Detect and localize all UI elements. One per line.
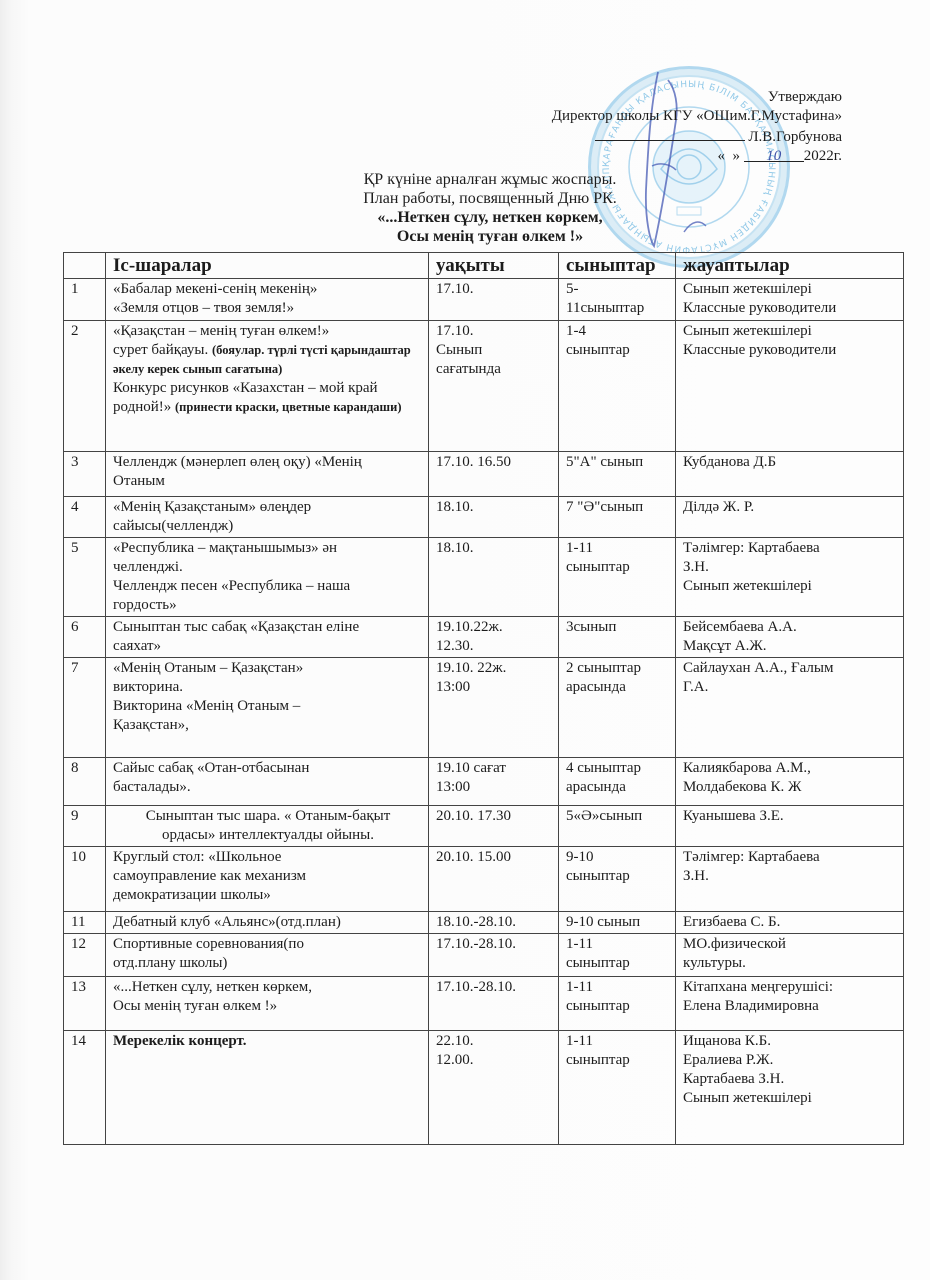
cell-classes-line: арасында	[566, 678, 670, 697]
cell-classes-line: сыныптар	[566, 954, 670, 973]
cell-event: Дебатный клуб «Альянс»(отд.план)	[106, 912, 429, 934]
cell-responsible-line: Сынып жетекшілері	[683, 1089, 898, 1108]
cell-time: 18.10.-28.10.	[429, 912, 559, 934]
cell-event-line: «Республика – мақтанышымыз» ән	[113, 539, 423, 558]
cell-classes-line: 1-11	[566, 539, 670, 558]
cell-num: 1	[64, 279, 106, 321]
cell-time: 22.10.12.00.	[429, 1031, 559, 1145]
title-kazakh: ҚР күніне арналған жұмыс жоспары.	[230, 170, 750, 189]
cell-responsible-line: З.Н.	[683, 867, 898, 886]
cell-classes-line: 9-10	[566, 848, 670, 867]
approval-month: 10	[744, 147, 804, 162]
cell-num: 8	[64, 758, 106, 806]
cell-classes-line: 3сынып	[566, 618, 670, 637]
cell-responsible-line: Г.А.	[683, 678, 898, 697]
cell-classes-line: сыныптар	[566, 558, 670, 577]
cell-classes: 1-4сыныптар	[559, 321, 676, 452]
cell-time-line: 19.10. 22ж.	[436, 659, 553, 678]
table-row: 12Спортивные соревнования(поотд.плану шк…	[64, 934, 904, 977]
cell-event-line: Сыныптан тыс сабақ «Қазақстан еліне	[113, 618, 423, 637]
cell-classes-line: 11сыныптар	[566, 299, 670, 318]
cell-responsible-line: МО.физической	[683, 935, 898, 954]
cell-event: «Республика – мақтанышымыз» әнчелленджі.…	[106, 538, 429, 617]
cell-time-line: 18.10.-28.10.	[436, 913, 553, 932]
event-text-part: сурет байқауы.	[113, 342, 212, 358]
cell-classes: 5"А" сынып	[559, 452, 676, 497]
cell-time: 19.10. 22ж.13:00	[429, 658, 559, 758]
cell-num: 3	[64, 452, 106, 497]
cell-responsible: Тәлімгер: КартабаеваЗ.Н.	[676, 847, 904, 912]
cell-responsible-line: Ералиева Р.Ж.	[683, 1051, 898, 1070]
cell-classes: 9-10 сынып	[559, 912, 676, 934]
document-page: ҚАРАҒАНДЫ ҚАЛАСЫНЫҢ БІЛІМ БАСҚАРМАСЫНЫҢ …	[0, 0, 930, 1280]
cell-classes-line: арасында	[566, 778, 670, 797]
cell-time-line: 20.10. 17.30	[436, 807, 553, 826]
cell-time-line: 18.10.	[436, 539, 553, 558]
cell-responsible-line: Сынып жетекшілері	[683, 280, 898, 299]
cell-classes-line: 5«Ә»сынып	[566, 807, 670, 826]
cell-responsible: МО.физическойкультуры.	[676, 934, 904, 977]
event-plan-table: Іс-шаралар уақыты сыныптар жауаптылар 1«…	[63, 252, 904, 1145]
title-motto-line2: Осы менің туған өлкем !»	[230, 227, 750, 246]
cell-event-line: «...Неткен сұлу, неткен көркем,	[113, 978, 423, 997]
cell-responsible-line: Классные руководители	[683, 299, 898, 318]
cell-responsible-line: Молдабекова К. Ж	[683, 778, 898, 797]
cell-time-line: 17.10.-28.10.	[436, 978, 553, 997]
cell-responsible: Кітапхана меңгерушісі:Елена Владимировна	[676, 977, 904, 1031]
cell-event-line: саяхат»	[113, 637, 423, 656]
header-classes: сыныптар	[559, 253, 676, 279]
cell-event-line: отд.плану школы)	[113, 954, 423, 973]
approval-director: Директор школы КГУ «ОШим.Г.Мустафина»	[552, 107, 842, 126]
cell-event-line: Викторина «Менің Отаным –	[113, 697, 423, 716]
cell-num: 2	[64, 321, 106, 452]
cell-event-line: «Земля отцов – твоя земля!»	[113, 299, 423, 318]
cell-event-line: Спортивные соревнования(по	[113, 935, 423, 954]
table-row: 9Сыныптан тыс шара. « Отаным-бақытордасы…	[64, 806, 904, 847]
cell-classes: 4 сыныптарарасында	[559, 758, 676, 806]
cell-classes: 9-10сыныптар	[559, 847, 676, 912]
cell-responsible: Калиякбарова А.М.,Молдабекова К. Ж	[676, 758, 904, 806]
cell-responsible-line: Ділдә Ж. Р.	[683, 498, 898, 517]
cell-num: 10	[64, 847, 106, 912]
cell-event-line: Челлендж песен «Республика – наша	[113, 577, 423, 596]
cell-event: Челлендж (мәнерлеп өлең оқу) «МеніңОтаны…	[106, 452, 429, 497]
cell-time: 19.10 сағат13:00	[429, 758, 559, 806]
cell-event: «Менің Отаным – Қазақстан»викторина.Викт…	[106, 658, 429, 758]
cell-event: Сыныптан тыс сабақ «Қазақстан елінесаяха…	[106, 617, 429, 658]
table-row: 3Челлендж (мәнерлеп өлең оқу) «МеніңОтан…	[64, 452, 904, 497]
approval-day: « »	[718, 148, 741, 164]
cell-responsible-line: Сайлаухан А.А., Ғалым	[683, 659, 898, 678]
cell-time-line: сағатында	[436, 360, 553, 379]
cell-event-line: челленджі.	[113, 558, 423, 577]
cell-time-line: 12.30.	[436, 637, 553, 656]
cell-time-line: 13:00	[436, 678, 553, 697]
cell-responsible-line: Тәлімгер: Картабаева	[683, 848, 898, 867]
cell-event-line: Дебатный клуб «Альянс»(отд.план)	[113, 913, 423, 932]
document-titles: ҚР күніне арналған жұмыс жоспары. План р…	[230, 170, 750, 246]
cell-classes: 7 "Ә"сынып	[559, 497, 676, 538]
cell-time: 19.10.22ж.12.30.	[429, 617, 559, 658]
cell-num: 4	[64, 497, 106, 538]
cell-event-line: демократизации школы»	[113, 886, 423, 905]
cell-classes: 1-11сыныптар	[559, 934, 676, 977]
cell-event-line: викторина.	[113, 678, 423, 697]
cell-responsible: Бейсембаева А.А.Мақсұт А.Ж.	[676, 617, 904, 658]
cell-event-line: гордость»	[113, 596, 423, 615]
cell-responsible-line: Сынып жетекшілері	[683, 322, 898, 341]
cell-event-line: Сайыс сабақ «Отан-отбасынан	[113, 759, 423, 778]
cell-classes-line: сыныптар	[566, 867, 670, 886]
cell-responsible-line: Егизбаева С. Б.	[683, 913, 898, 932]
table-row: 4«Менің Қазақстаным» өлеңдерсайысы(челле…	[64, 497, 904, 538]
cell-responsible: Сынып жетекшілеріКлассные руководители	[676, 321, 904, 452]
cell-responsible: Куанышева З.Е.	[676, 806, 904, 847]
cell-responsible: Егизбаева С. Б.	[676, 912, 904, 934]
cell-classes-line: сыныптар	[566, 1051, 670, 1070]
cell-event-line: самоуправление как механизм	[113, 867, 423, 886]
cell-classes-line: 1-11	[566, 935, 670, 954]
cell-num: 9	[64, 806, 106, 847]
cell-classes: 3сынып	[559, 617, 676, 658]
cell-classes-line: 5-	[566, 280, 670, 299]
cell-responsible-line: Калиякбарова А.М.,	[683, 759, 898, 778]
event-text-part: «Қазақстан – менің туған өлкем!»	[113, 323, 329, 339]
cell-time: 17.10.-28.10.	[429, 977, 559, 1031]
cell-num: 7	[64, 658, 106, 758]
table-row: 2«Қазақстан – менің туған өлкем!»сурет б…	[64, 321, 904, 452]
cell-time-line: 17.10. 16.50	[436, 453, 553, 472]
cell-responsible: Сынып жетекшілеріКлассные руководители	[676, 279, 904, 321]
table-header-row: Іс-шаралар уақыты сыныптар жауаптылар	[64, 253, 904, 279]
cell-time-line: 22.10.	[436, 1032, 553, 1051]
cell-responsible-line: Кітапхана меңгерушісі:	[683, 978, 898, 997]
cell-time-line: 13:00	[436, 778, 553, 797]
cell-num: 13	[64, 977, 106, 1031]
cell-event-line: «Менің Отаным – Қазақстан»	[113, 659, 423, 678]
cell-classes: 5-11сыныптар	[559, 279, 676, 321]
cell-time-line: 17.10.-28.10.	[436, 935, 553, 954]
cell-event-line: Мерекелік концерт.	[113, 1032, 423, 1051]
cell-time-line: 20.10. 15.00	[436, 848, 553, 867]
cell-responsible: Кубданова Д.Б	[676, 452, 904, 497]
cell-event: «Бабалар мекені-сенің мекенің»«Земля отц…	[106, 279, 429, 321]
cell-classes: 1-11сыныптар	[559, 977, 676, 1031]
cell-time-line: Сынып	[436, 341, 553, 360]
cell-classes: 1-11сыныптар	[559, 1031, 676, 1145]
cell-num: 5	[64, 538, 106, 617]
cell-num: 11	[64, 912, 106, 934]
cell-event: «...Неткен сұлу, неткен көркем,Осы менің…	[106, 977, 429, 1031]
cell-classes-line: 1-11	[566, 978, 670, 997]
cell-classes-line: 1-4	[566, 322, 670, 341]
cell-event: «Қазақстан – менің туған өлкем!»сурет ба…	[106, 321, 429, 452]
cell-classes-line: сыныптар	[566, 997, 670, 1016]
cell-event: Круглый стол: «Школьноесамоуправление ка…	[106, 847, 429, 912]
cell-time-line: 12.00.	[436, 1051, 553, 1070]
cell-classes-line: сыныптар	[566, 341, 670, 360]
cell-event: Мерекелік концерт.	[106, 1031, 429, 1145]
cell-time: 18.10.	[429, 538, 559, 617]
table-row: 1«Бабалар мекені-сенің мекенің»«Земля от…	[64, 279, 904, 321]
cell-responsible-line: З.Н.	[683, 558, 898, 577]
cell-time-line: 19.10.22ж.	[436, 618, 553, 637]
cell-event-line: Сыныптан тыс шара. « Отаным-бақыт	[113, 807, 423, 826]
table-row: 7«Менің Отаным – Қазақстан»викторина.Вик…	[64, 658, 904, 758]
table-row: 13«...Неткен сұлу, неткен көркем,Осы мен…	[64, 977, 904, 1031]
table-row: 6Сыныптан тыс сабақ «Қазақстан елінесаях…	[64, 617, 904, 658]
table-row: 5«Республика – мақтанышымыз» әнчелленджі…	[64, 538, 904, 617]
cell-time-line: 19.10 сағат	[436, 759, 553, 778]
approval-block: Утверждаю Директор школы КГУ «ОШим.Г.Мус…	[552, 88, 842, 166]
cell-event-line: Отаным	[113, 472, 423, 491]
header-event: Іс-шаралар	[106, 253, 429, 279]
cell-time-line: 17.10.	[436, 322, 553, 341]
event-text-part: (принести краски, цветные карандаши)	[175, 400, 401, 414]
cell-event-line: Осы менің туған өлкем !»	[113, 997, 423, 1016]
cell-event-line: Қазақстан»,	[113, 716, 423, 735]
cell-responsible-line: Кубданова Д.Б	[683, 453, 898, 472]
cell-event-line: ордасы» интеллектуалды ойыны.	[113, 826, 423, 845]
approval-signature-line: Л.В.Горбунова	[552, 126, 842, 147]
header-num	[64, 253, 106, 279]
cell-classes-line: 9-10 сынып	[566, 913, 670, 932]
title-motto-line1: «...Неткен сұлу, неткен көркем,	[230, 208, 750, 227]
cell-event: Спортивные соревнования(поотд.плану школ…	[106, 934, 429, 977]
cell-classes: 5«Ә»сынып	[559, 806, 676, 847]
cell-event-line: «Менің Қазақстаным» өлеңдер	[113, 498, 423, 517]
cell-responsible-line: Сынып жетекшілері	[683, 577, 898, 596]
header-time: уақыты	[429, 253, 559, 279]
cell-event-line: «Бабалар мекені-сенің мекенің»	[113, 280, 423, 299]
table-row: 11Дебатный клуб «Альянс»(отд.план)18.10.…	[64, 912, 904, 934]
cell-time: 20.10. 15.00	[429, 847, 559, 912]
cell-responsible: Ищанова К.Б.Ералиева Р.Ж.Картабаева З.Н.…	[676, 1031, 904, 1145]
cell-time: 18.10.	[429, 497, 559, 538]
cell-responsible-line: Бейсембаева А.А.	[683, 618, 898, 637]
cell-event-line: сайысы(челлендж)	[113, 517, 423, 536]
cell-responsible-line: Мақсұт А.Ж.	[683, 637, 898, 656]
cell-responsible: Сайлаухан А.А., ҒалымГ.А.	[676, 658, 904, 758]
cell-time-line: 17.10.	[436, 280, 553, 299]
cell-event-line: басталады».	[113, 778, 423, 797]
cell-event-line: Круглый стол: «Школьное	[113, 848, 423, 867]
approval-title: Утверждаю	[552, 88, 842, 107]
director-name: Л.В.Горбунова	[748, 129, 842, 145]
title-russian: План работы, посвященный Дню РК.	[230, 189, 750, 208]
cell-classes-line: 4 сыныптар	[566, 759, 670, 778]
table-row: 14Мерекелік концерт.22.10.12.00.1-11сыны…	[64, 1031, 904, 1145]
cell-responsible: Тәлімгер: КартабаеваЗ.Н.Сынып жетекшілер…	[676, 538, 904, 617]
cell-classes: 2 сыныптарарасында	[559, 658, 676, 758]
cell-time: 17.10.-28.10.	[429, 934, 559, 977]
cell-num: 12	[64, 934, 106, 977]
cell-responsible-line: Елена Владимировна	[683, 997, 898, 1016]
cell-time: 17.10. 16.50	[429, 452, 559, 497]
cell-responsible-line: Классные руководители	[683, 341, 898, 360]
cell-responsible-line: Ищанова К.Б.	[683, 1032, 898, 1051]
cell-classes: 1-11сыныптар	[559, 538, 676, 617]
cell-classes-line: 7 "Ә"сынып	[566, 498, 670, 517]
cell-event: Сайыс сабақ «Отан-отбасынанбасталады».	[106, 758, 429, 806]
cell-classes-line: 2 сыныптар	[566, 659, 670, 678]
cell-responsible-line: Тәлімгер: Картабаева	[683, 539, 898, 558]
table-row: 8Сайыс сабақ «Отан-отбасынанбасталады».1…	[64, 758, 904, 806]
cell-time: 17.10.Сыныпсағатында	[429, 321, 559, 452]
table-body: 1«Бабалар мекені-сенің мекенің»«Земля от…	[64, 279, 904, 1145]
cell-responsible-line: культуры.	[683, 954, 898, 973]
cell-num: 6	[64, 617, 106, 658]
cell-event: Сыныптан тыс шара. « Отаным-бақытордасы»…	[106, 806, 429, 847]
cell-responsible-line: Куанышева З.Е.	[683, 807, 898, 826]
cell-time: 17.10.	[429, 279, 559, 321]
cell-time: 20.10. 17.30	[429, 806, 559, 847]
approval-date-line: « » 102022г.	[552, 147, 842, 166]
cell-event: «Менің Қазақстаным» өлеңдерсайысы(челлен…	[106, 497, 429, 538]
cell-classes-line: 1-11	[566, 1032, 670, 1051]
cell-event-line: Челлендж (мәнерлеп өлең оқу) «Менің	[113, 453, 423, 472]
approval-year: 2022г.	[804, 148, 842, 164]
header-responsible: жауаптылар	[676, 253, 904, 279]
cell-num: 14	[64, 1031, 106, 1145]
cell-responsible: Ділдә Ж. Р.	[676, 497, 904, 538]
cell-classes-line: 5"А" сынып	[566, 453, 670, 472]
table-row: 10Круглый стол: «Школьноесамоуправление …	[64, 847, 904, 912]
cell-time-line: 18.10.	[436, 498, 553, 517]
cell-responsible-line: Картабаева З.Н.	[683, 1070, 898, 1089]
